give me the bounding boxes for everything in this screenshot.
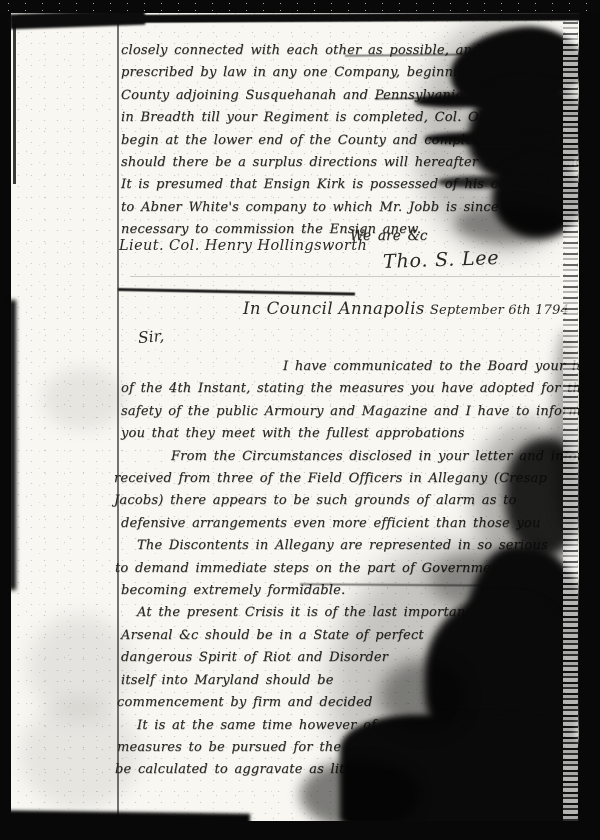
ink-stain — [438, 176, 546, 188]
manuscript-line: I have communicated to the Board your le… — [283, 356, 571, 378]
ink-stain — [455, 205, 565, 243]
letter2-salutation: Sir, — [137, 327, 165, 347]
letter1-signature: Tho. S. Lee — [383, 247, 500, 273]
scanned-manuscript-page: closely connected with each other as pos… — [0, 0, 600, 840]
ink-stain — [425, 132, 550, 145]
scan-border-left-bulge — [9, 300, 16, 590]
ink-stain — [300, 760, 420, 830]
scan-border-right — [579, 0, 600, 840]
manuscript-line: safety of the public Armoury and Magazin… — [121, 401, 571, 423]
letter1-signer: Lieut. Col. Henry Hollingsworth — [119, 238, 367, 254]
faint-rule-line — [130, 276, 560, 277]
heading-date: September 6th 1794 — [430, 303, 569, 318]
heading-place: In Council Annapolis — [243, 299, 425, 318]
margin-smudge — [42, 368, 126, 430]
page-frame-left-line — [13, 24, 16, 184]
letter2-heading: In Council Annapolis September 6th 1794 — [243, 299, 569, 318]
manuscript-line: of the 4th Instant, stating the measures… — [121, 378, 571, 400]
page-curl-edge — [563, 0, 578, 840]
scan-border-top — [0, 0, 600, 13]
ink-stain — [380, 660, 465, 732]
